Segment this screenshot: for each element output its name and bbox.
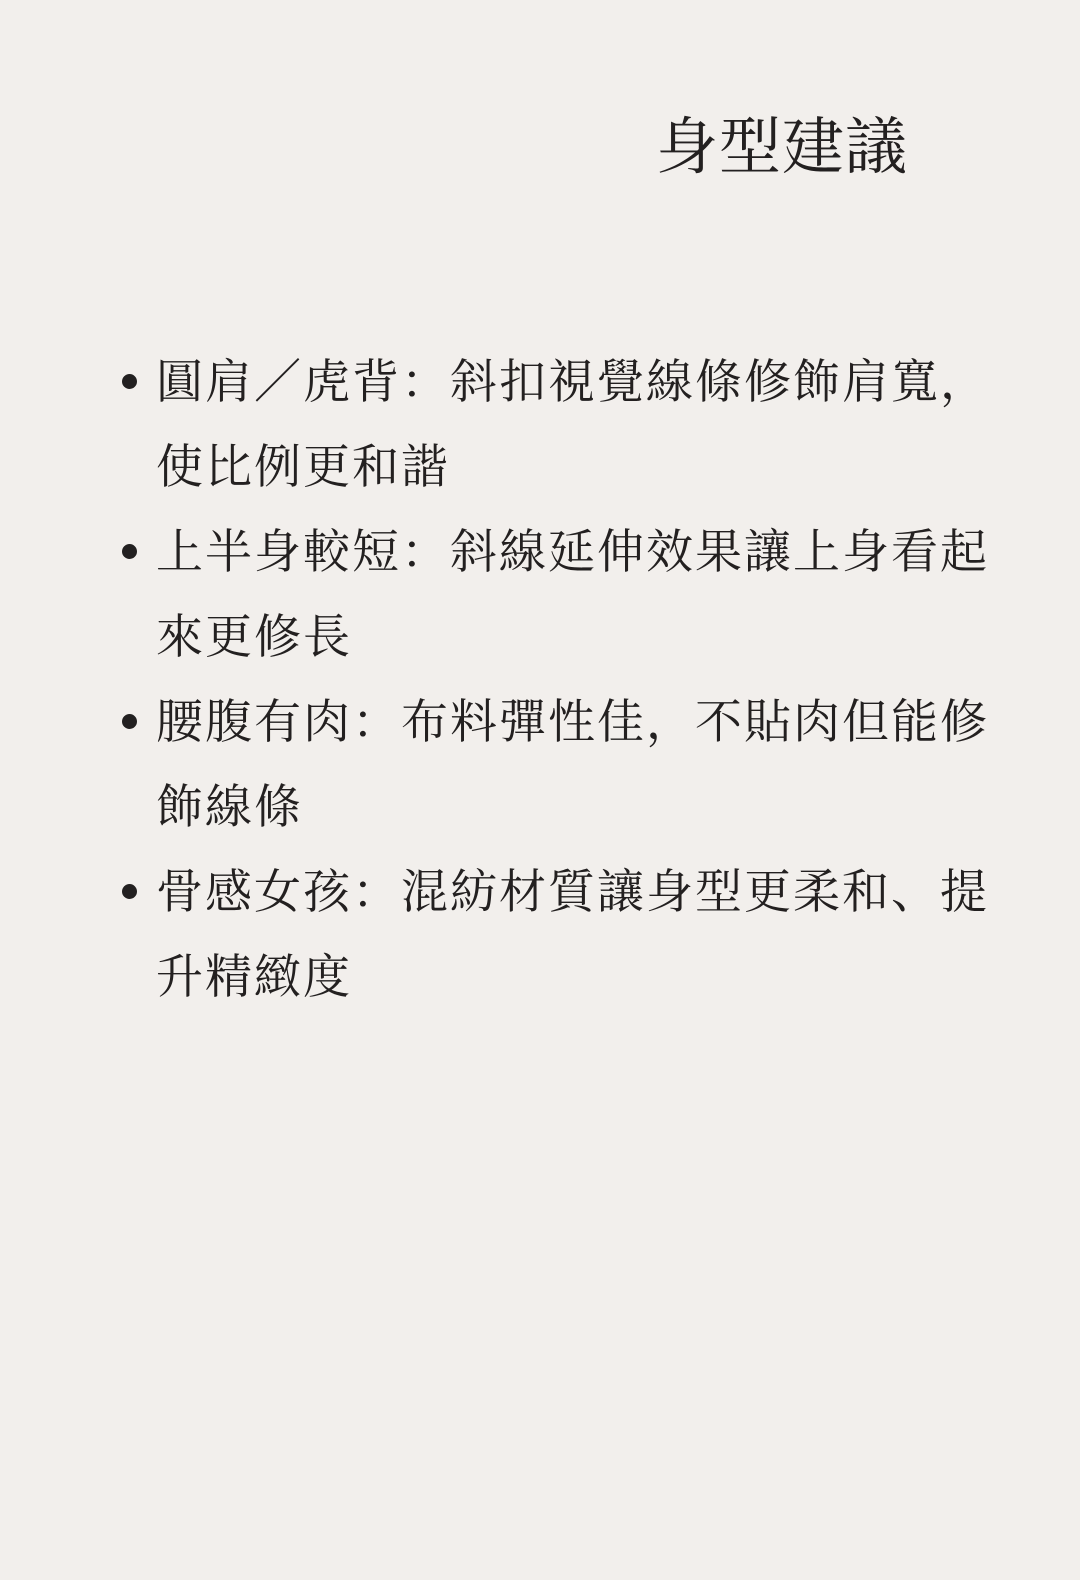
list-item-text: 圓肩／虎背：斜扣視覺線條修飾肩寬，使比例更和諧 [156, 355, 989, 493]
bullet-dot-icon [122, 544, 137, 559]
page-title: 身型建議 [656, 112, 908, 183]
bullet-dot-icon [122, 374, 137, 389]
body-shape-recommendation-list: 圓肩／虎背：斜扣視覺線條修飾肩寬，使比例更和諧 上半身較短：斜線延伸效果讓上身看… [118, 339, 1004, 1019]
list-item-text: 腰腹有肉：布料彈性佳，不貼肉但能修飾線條 [156, 695, 989, 833]
list-item-text: 上半身較短：斜線延伸效果讓上身看起來更修長 [156, 525, 989, 663]
list-item: 上半身較短：斜線延伸效果讓上身看起來更修長 [118, 509, 1004, 679]
list-item: 腰腹有肉：布料彈性佳，不貼肉但能修飾線條 [118, 679, 1004, 849]
list-item-text: 骨感女孩：混紡材質讓身型更柔和、提升精緻度 [156, 865, 989, 1003]
bullet-dot-icon [122, 714, 137, 729]
bullet-dot-icon [122, 884, 137, 899]
list-item: 圓肩／虎背：斜扣視覺線條修飾肩寬，使比例更和諧 [118, 339, 1004, 509]
list-item: 骨感女孩：混紡材質讓身型更柔和、提升精緻度 [118, 849, 1004, 1019]
slide-page: 身型建議 圓肩／虎背：斜扣視覺線條修飾肩寬，使比例更和諧 上半身較短：斜線延伸效… [0, 0, 1080, 1580]
